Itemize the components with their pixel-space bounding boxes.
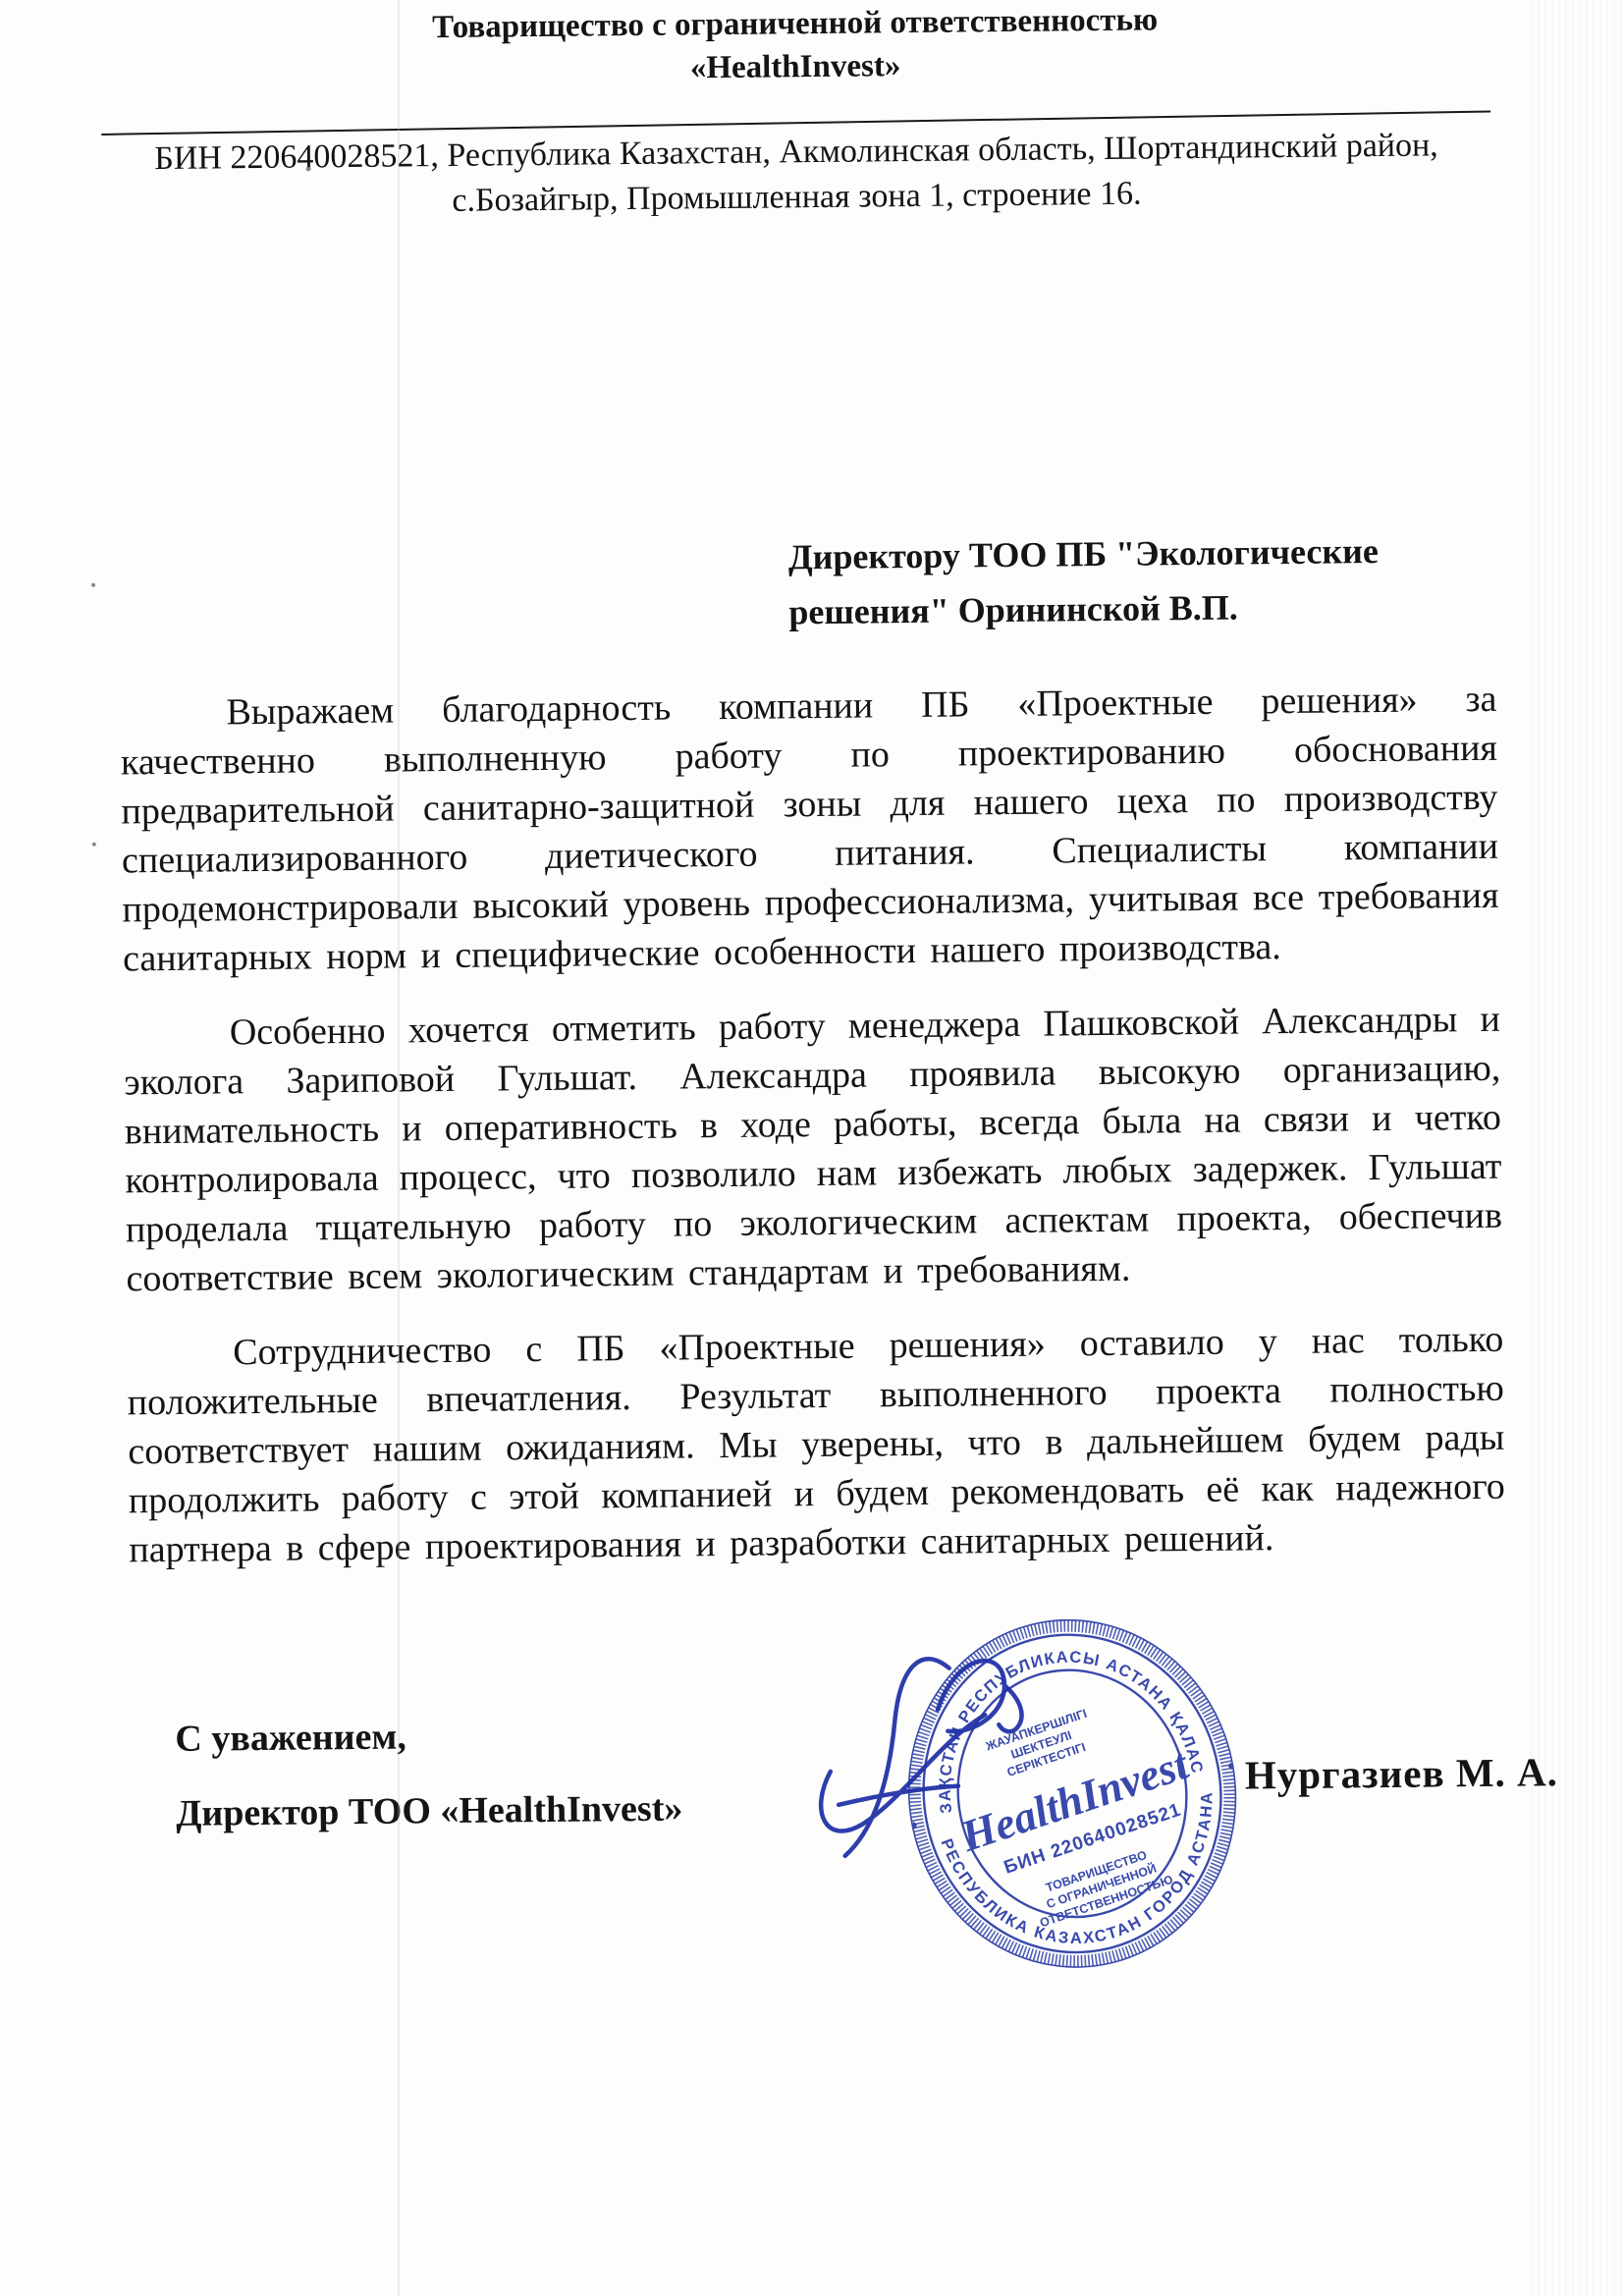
signature-title: Директор ТОО «HealthInvest» (176, 1787, 683, 1835)
signature-name: Нургазиев М. А. (1245, 1748, 1559, 1798)
scan-speck (306, 166, 311, 171)
body-paragraph-3: Сотрудничество с ПБ «Проектные решения» … (127, 1315, 1506, 1575)
stamp-separator-right-icon: ♦ (1226, 1758, 1236, 1774)
scanned-letter-page: Товарищество с ограниченной ответственно… (0, 0, 1624, 2296)
letter-body: Выражаем благодарность компании ПБ «Прое… (120, 675, 1506, 1601)
scan-streak-line (398, 0, 400, 2296)
recipient-line1: Директору ТОО ПБ "Экологические (788, 522, 1457, 584)
scan-edge-noise (1531, 0, 1624, 2296)
handwritten-signature (799, 1630, 1038, 1883)
letterhead: Товарищество с ограниченной ответственно… (100, 0, 1491, 228)
signature-strokes (799, 1630, 1038, 1883)
body-paragraph-2: Особенно хочется отметить работу менедже… (124, 995, 1503, 1304)
scan-speck (91, 583, 95, 587)
signature-closing: С уважением, (175, 1715, 406, 1760)
recipient-block: Директору ТОО ПБ "Экологические решения"… (788, 522, 1457, 639)
letter-content: Товарищество с ограниченной ответственно… (0, 0, 1624, 2296)
recipient-line2: решения" Орининской В.П. (788, 577, 1457, 639)
scan-speck (92, 843, 96, 847)
body-paragraph-1: Выражаем благодарность компании ПБ «Прое… (120, 675, 1499, 984)
